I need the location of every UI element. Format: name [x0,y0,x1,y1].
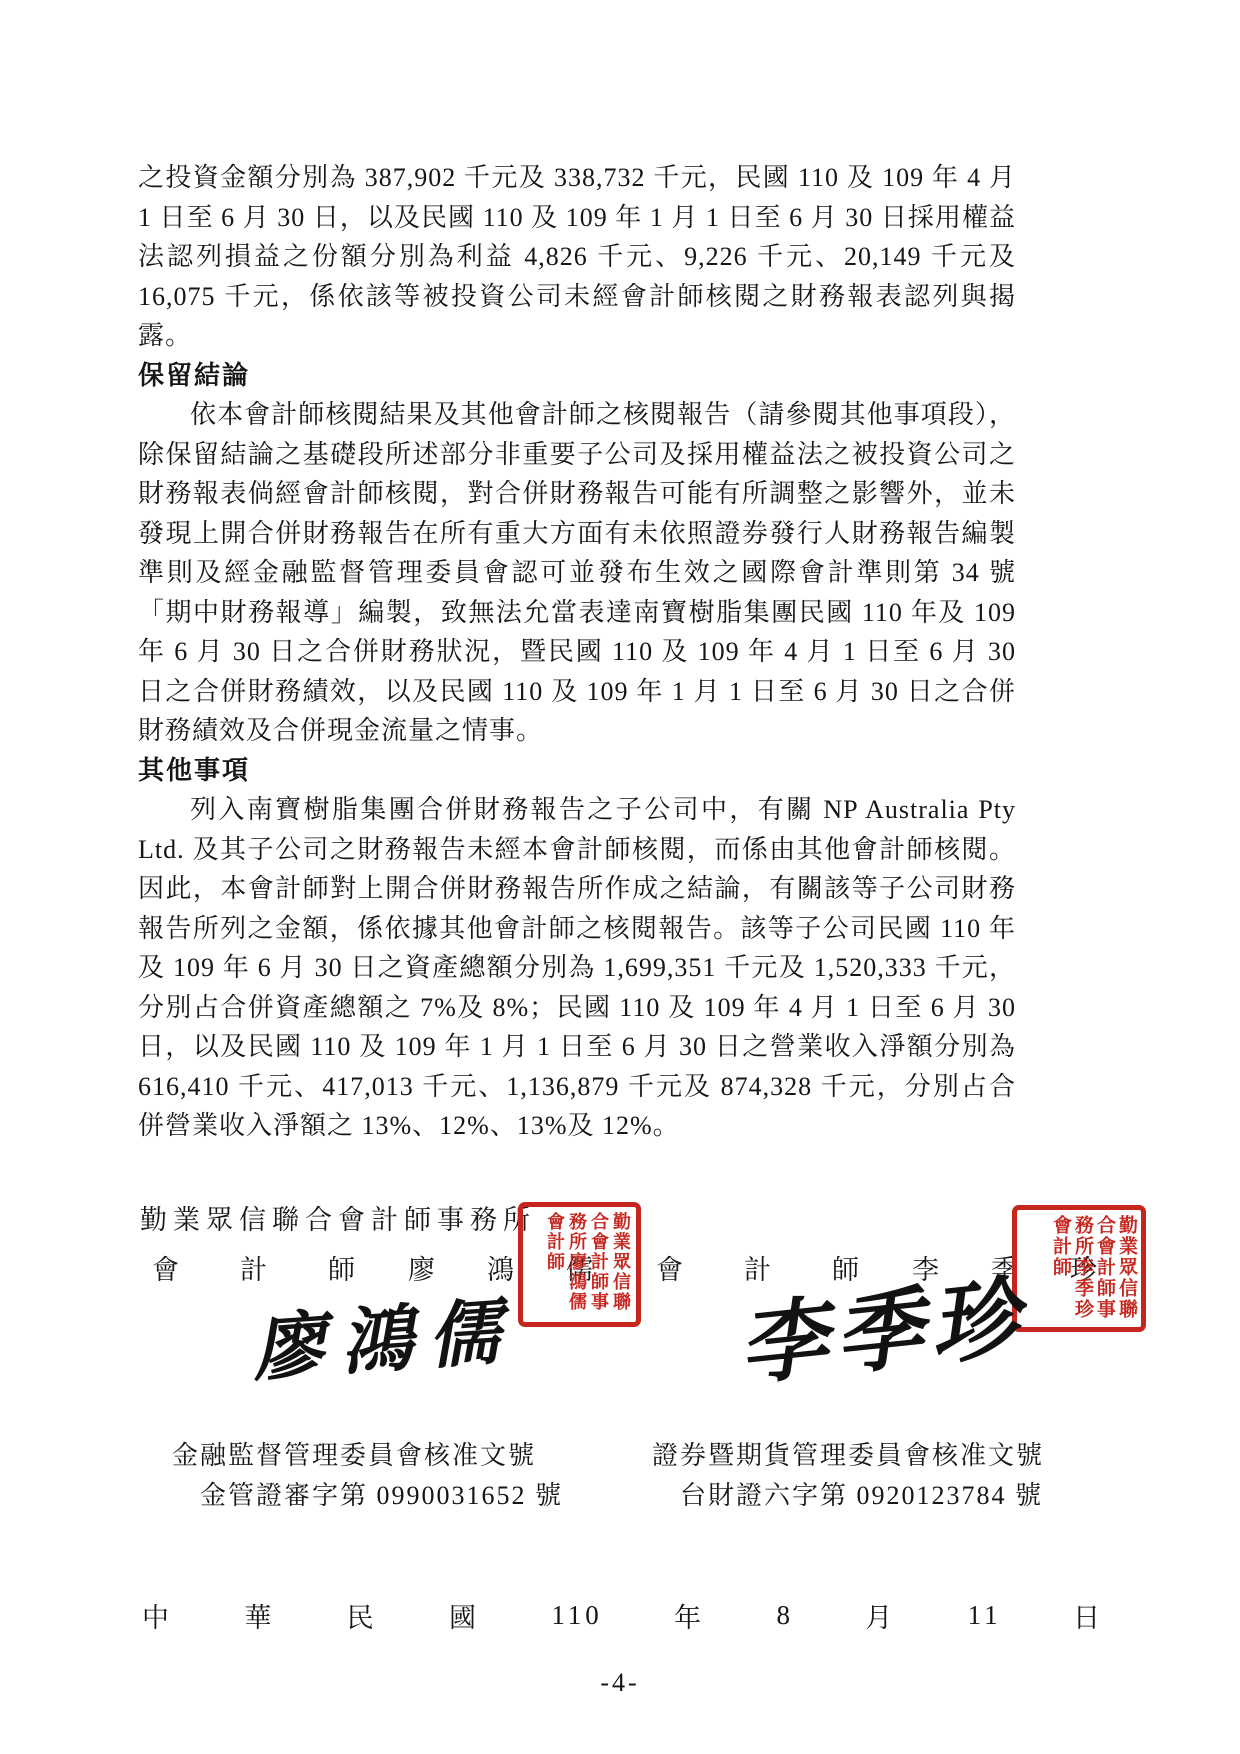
approval-block-fsc: 金融監督管理委員會核准文號 金管證審字第 0990031652 號 [172,1436,563,1516]
audit-firm-name: 勤業眾信聯合會計師事務所 [140,1198,536,1237]
paragraph-other-matters: 列入南寶樹脂集團合併財務報告之子公司中，有關 NP Australia Pty … [138,790,1016,1146]
handwritten-signature-liao: 廖鴻儒 [249,1273,520,1395]
paragraph-investment-amounts: 之投資金額分別為 387,902 千元及 338,732 千元，民國 110 及… [138,158,1016,356]
date-char: 民 [347,1596,378,1635]
date-char: 中 [142,1596,173,1635]
date-month-value: 8 [776,1600,794,1631]
approval-number: 金管證審字第 0990031652 號 [172,1476,563,1516]
date-char: 華 [244,1596,275,1635]
paragraph-qualified-conclusion: 依本會計師核閱結果及其他會計師之核閱報告（請參閱其他事項段），除保留結論之基礎段… [138,395,1016,751]
page-number: -4- [0,1668,1240,1698]
date-day-value: 11 [968,1600,1002,1631]
approval-number: 台財證六字第 0920123784 號 [652,1476,1044,1516]
scanned-report-page: 之投資金額分別為 387,902 千元及 338,732 千元，民國 110 及… [0,0,1240,1754]
date-char: 日 [1073,1596,1104,1635]
section-heading-qualified-conclusion: 保留結論 [138,356,1016,396]
report-text: 之投資金額分別為 387,902 千元及 338,732 千元，民國 110 及… [138,158,1016,1146]
roc-date-line: 中 華 民 國 110 年 8 月 11 日 [142,1596,1104,1635]
date-char: 年 [674,1596,705,1635]
date-char: 國 [449,1596,480,1635]
red-seal-stamp-li-icon: 勤業眾信聯合會計師事務所李季珍會計師 [1012,1205,1146,1332]
accountant-title: 會 計 師 [152,1248,372,1287]
approval-block-sfc: 證券暨期貨管理委員會核准文號 台財證六字第 0920123784 號 [652,1436,1044,1516]
approval-authority: 金融監督管理委員會核准文號 [172,1436,563,1476]
date-year-value: 110 [551,1600,603,1631]
red-seal-stamp-liao-icon: 勤業眾信聯合會計師事務所廖鴻儒會計師 [518,1202,641,1327]
approval-authority: 證券暨期貨管理委員會核准文號 [652,1436,1044,1476]
date-char: 月 [865,1596,896,1635]
section-heading-other-matters: 其他事項 [138,751,1016,791]
